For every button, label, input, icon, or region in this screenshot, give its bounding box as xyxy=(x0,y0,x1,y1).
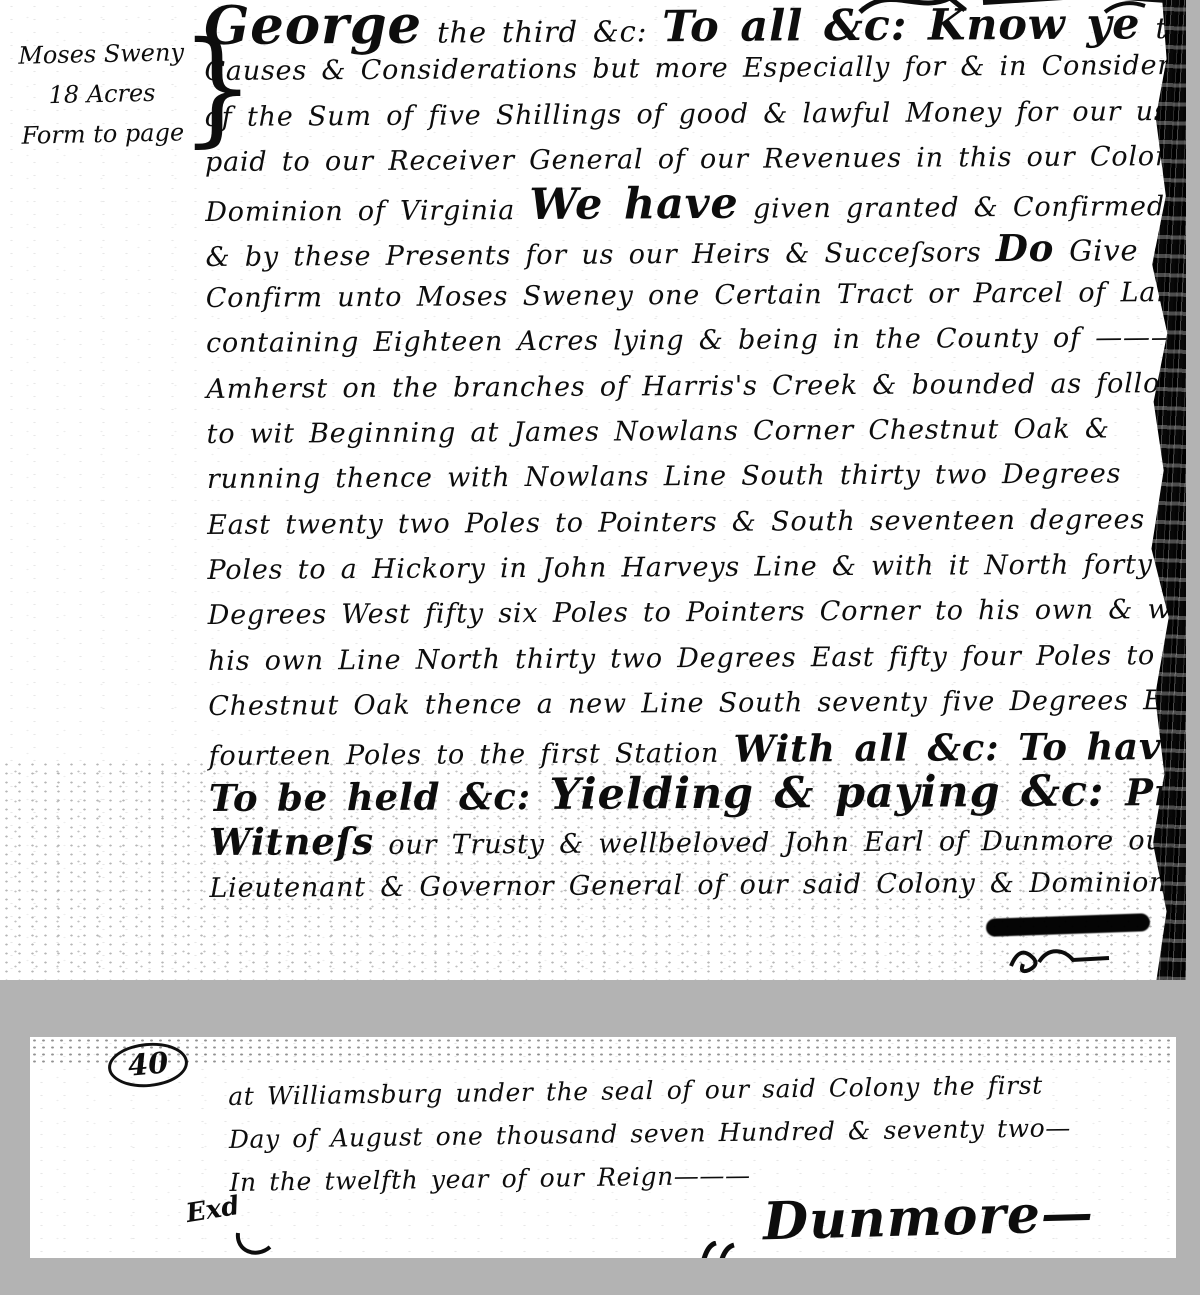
text-segment: Chestnut Oak thence a new Line South sev… xyxy=(208,685,1186,722)
text-segment: Dominion of Virginia xyxy=(205,195,529,228)
text-segment: Causes & Considerations but more Especia… xyxy=(204,50,1186,87)
deed-page: Moses Sweny 18 Acres Form to page } Geor… xyxy=(0,0,1186,980)
margin-note: Moses Sweny 18 Acres Form to page xyxy=(15,32,189,156)
text-segment: Confirm unto Moses Sweney one Certain Tr… xyxy=(206,277,1186,314)
ink-smudge xyxy=(986,913,1151,937)
text-segment: Degrees West fifty six Poles to Pointers… xyxy=(208,594,1186,631)
text-segment: running thence with Nowlans Line South t… xyxy=(207,459,1122,496)
text-line: Chestnut Oak thence a new Line South sev… xyxy=(208,678,1164,729)
cutoff-pen-loop xyxy=(234,1229,278,1258)
deed-text-lines: George the third &c: To all &c: Know ye … xyxy=(204,0,1166,911)
text-segment: Lieutenant & Governor General of our sai… xyxy=(209,867,1167,904)
text-line: Degrees West fifty six Poles to Pointers… xyxy=(208,588,1164,639)
text-segment: Yielding & paying &c: xyxy=(550,766,1126,820)
text-segment: containing Eighteen Acres lying & being … xyxy=(206,322,1179,359)
text-segment: We have xyxy=(529,179,738,230)
text-segment: given granted & Confirmed xyxy=(739,192,1165,226)
text-segment: To be held &c: xyxy=(209,774,550,820)
margin-form-reference: Form to page xyxy=(16,112,189,156)
text-line: George the third &c: To all &c: Know ye … xyxy=(204,0,1160,49)
text-line: running thence with Nowlans Line South t… xyxy=(207,452,1163,503)
text-segment: the third &c: xyxy=(422,14,662,49)
text-line: his own Line North thirty two Degrees Ea… xyxy=(208,633,1164,684)
text-segment: Do xyxy=(996,226,1055,270)
text-line: containing Eighteen Acres lying & being … xyxy=(206,316,1162,367)
text-line: Confirm unto Moses Sweney one Certain Tr… xyxy=(206,270,1162,321)
margin-grantee-name: Moses Sweny xyxy=(15,32,188,76)
text-segment: paid to our Receiver General of our Reve… xyxy=(205,141,1186,178)
text-line: Witneſs our Trusty & wellbeloved John Ea… xyxy=(209,814,1165,865)
text-segment: Amherst on the branches of Harris's Cree… xyxy=(206,367,1186,404)
text-line: Amherst on the branches of Harris's Cree… xyxy=(206,361,1162,412)
text-segment: of the Sum of five Shillings of good & l… xyxy=(205,96,1186,133)
text-line: Lieutenant & Governor General of our sai… xyxy=(209,860,1165,911)
text-segment: his own Line North thirty two Degrees Ea… xyxy=(208,640,1186,677)
text-line: of the Sum of five Shillings of good & l… xyxy=(205,89,1161,140)
text-segment: East twenty two Poles to Pointers & Sout… xyxy=(207,503,1186,541)
text-line: Poles to a Hickory in John Harveys Line … xyxy=(207,542,1163,593)
text-line: to wit Beginning at James Nowlans Corner… xyxy=(206,406,1162,457)
text-segment: & by these Presents for us our Heirs & S… xyxy=(205,237,995,273)
text-segment: With all &c: To have hold &c: xyxy=(733,722,1186,770)
closing-page-strip: 40 at Williamsburg under the seal of our… xyxy=(30,1037,1176,1258)
text-line: Causes & Considerations but more Especia… xyxy=(204,44,1160,95)
text-segment: our Trusty & wellbeloved John Earl of Du… xyxy=(374,825,1186,861)
page-number-badge: 40 xyxy=(106,1040,190,1091)
text-line: Dominion of Virginia We have given grant… xyxy=(205,180,1161,231)
closing-text-lines: at Williamsburg under the seal of our sa… xyxy=(228,1063,1072,1204)
examined-mark: Exd xyxy=(184,1191,242,1229)
text-segment: Witneſs xyxy=(209,819,374,864)
text-segment: fourteen Poles to the first Station xyxy=(208,737,733,771)
dunmore-signature: Dunmore— xyxy=(762,1183,1094,1253)
text-line: East twenty two Poles to Pointers & Sout… xyxy=(207,497,1163,548)
text-segment: Poles to a Hickory in John Harveys Line … xyxy=(207,549,1186,586)
text-line: paid to our Receiver General of our Reve… xyxy=(205,134,1161,185)
margin-acreage: 18 Acres xyxy=(16,72,189,116)
text-segment: to wit Beginning at James Nowlans Corner… xyxy=(207,414,1110,451)
text-line: & by these Presents for us our Heirs & S… xyxy=(205,225,1161,276)
cutoff-pen-strokes xyxy=(698,1241,744,1258)
text-line: To be held &c: Yielding & paying &c: Pro… xyxy=(209,769,1165,820)
ink-flourish xyxy=(1005,938,1115,974)
